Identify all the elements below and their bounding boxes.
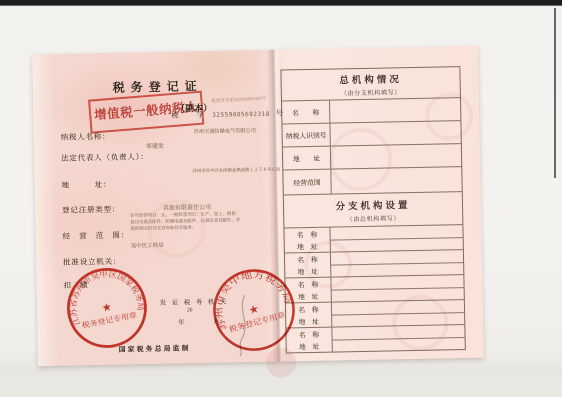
hq-scope-row: 经营范围 <box>283 166 461 194</box>
branch-row-4: 名 称 地 址 <box>286 299 464 327</box>
branch-address-label: 地 址 <box>298 291 319 301</box>
star-icon: ★ <box>248 303 261 317</box>
branch-row-1: 名 称 地 址 <box>284 224 462 252</box>
taxpayer-name-text: 苏州天诚防爆电气有限公司 <box>193 126 255 135</box>
address-text: 苏州市吴中区木渎镇金枫南路１２５８号Ｃ幢 <box>192 166 280 174</box>
serial-note-text: 税登苏字第320500065426号 <box>211 97 216 104</box>
scanner-edge-right <box>554 8 556 178</box>
branch-address-value-cell <box>331 237 463 252</box>
branch-section-subtitle: （由总机构填写） <box>346 213 400 223</box>
branch-row-5: 名 称 地 址 <box>286 324 464 352</box>
certificate-right-page: 总机构情况 （由分支机构填写） 名 称 纳税人识别号 地 址 经营范围 <box>271 46 484 362</box>
date-year-character: 年 <box>178 317 185 326</box>
hq-address-value-cell <box>331 144 461 168</box>
address-label: 地 址： <box>61 179 111 191</box>
branch-section-title: 分支机构设置 <box>335 197 410 212</box>
hq-section-title: 总机构情况 <box>339 71 402 86</box>
hq-section-header: 总机构情况 （由分支机构填写） <box>281 67 460 100</box>
business-scope-label: 经 营 范 围： <box>62 229 129 241</box>
branch-address-value-cell <box>333 337 465 352</box>
hq-taxpayer-id-label: 纳税人识别号 <box>282 124 330 147</box>
hq-scope-value-cell <box>331 167 461 193</box>
branch-row-3: 名 称 地 址 <box>285 274 463 302</box>
tax-number: 32559005692318 <box>212 111 270 119</box>
national-tax-bureau-seal: 江苏省苏州市吴中区国家税务局 ★ 税务登记专用章 <box>56 257 157 358</box>
legal-representative-value: 邹建发 <box>146 141 164 150</box>
scanner-edge-top <box>0 0 562 5</box>
hq-name-value-cell <box>330 98 460 122</box>
branch-address-label: 地 址 <box>297 266 318 276</box>
hq-taxpayer-id-value-cell <box>330 121 460 145</box>
hq-scope-label: 经营范围 <box>283 170 331 195</box>
hq-branch-table: 总机构情况 （由分支机构填写） 名 称 纳税人识别号 地 址 经营范围 <box>280 66 465 353</box>
hq-address-label: 地 址 <box>283 147 331 170</box>
branch-address-value-cell <box>332 287 464 302</box>
hq-name-row: 名 称 <box>282 97 460 123</box>
hq-name-label: 名 称 <box>282 101 330 124</box>
scanned-tax-certificate: 税务登记证 增值税一般纳税人 （副本） 税登苏字第320500065426号 税… <box>0 0 562 397</box>
branch-name-label: 名 称 <box>297 254 318 264</box>
vat-stamp-text: 增值税一般纳税人 <box>94 100 199 122</box>
branch-name-label: 名 称 <box>298 279 319 289</box>
hq-taxpayer-id-row: 纳税人识别号 <box>282 120 460 146</box>
branch-address-value-cell <box>331 262 463 277</box>
hq-section-subtitle: （由分支机构填写） <box>341 87 401 97</box>
branch-section-header: 分支机构设置 （由总机构填写） <box>284 191 463 227</box>
branch-row-2: 名 称 地 址 <box>285 249 463 277</box>
registration-type-label: 登记注册类型： <box>62 204 120 216</box>
certificate-paper: 税务登记证 增值税一般纳税人 （副本） 税登苏字第320500065426号 税… <box>32 46 484 367</box>
legal-representative-label: 法定代表人（负责人）： <box>61 151 149 164</box>
branch-name-label: 名 称 <box>298 304 319 314</box>
star-icon: ★ <box>101 301 113 315</box>
branch-name-label: 名 称 <box>297 229 318 239</box>
date-year-prefix: 20 <box>187 307 193 313</box>
hq-address-row: 地 址 <box>283 143 461 169</box>
branch-address-label: 地 址 <box>297 241 318 251</box>
vat-general-taxpayer-overprint-stamp: 增值税一般纳税人 <box>88 91 204 134</box>
branch-address-value-cell <box>332 312 464 327</box>
